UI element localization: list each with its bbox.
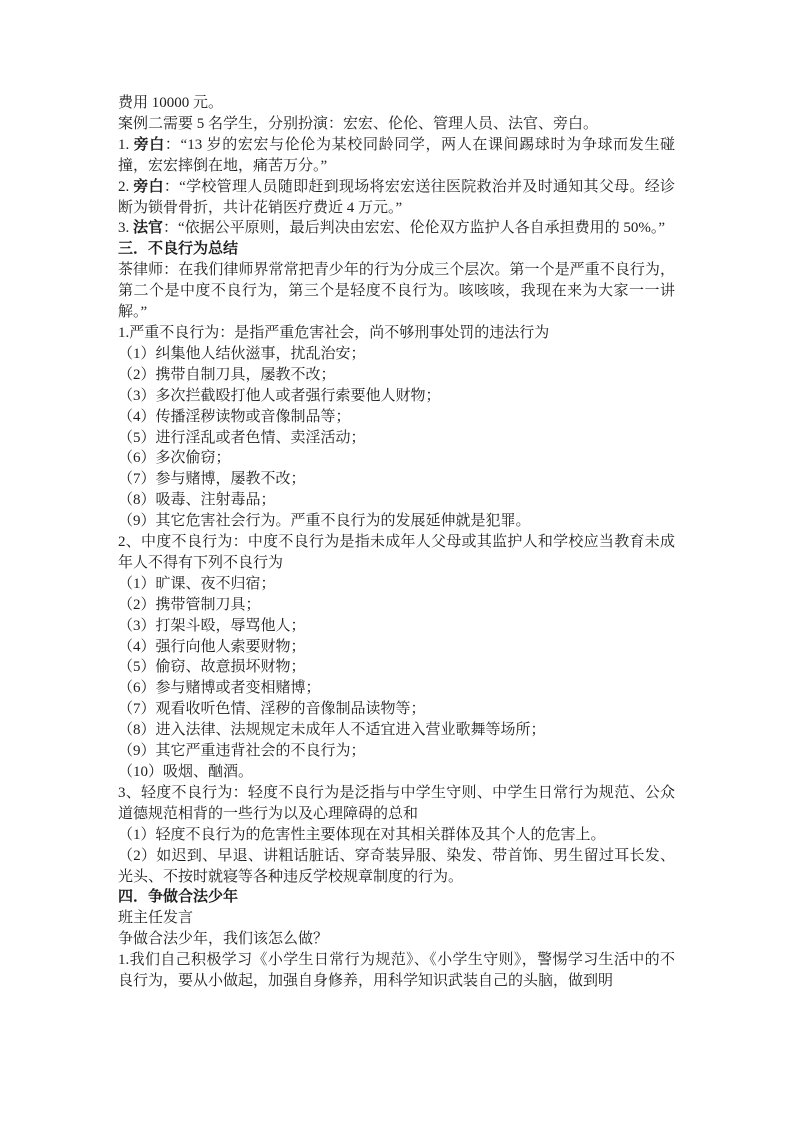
text-run: ：“13 岁的宏宏与伦伦为某校同龄同学，两人在课间踢球时为争球而发生碰撞，宏宏摔…	[118, 137, 675, 174]
text-run: （2）如迟到、早退、讲粗话脏话、穿奇装异服、染发、带首饰、男生留过耳长发、光头、…	[118, 848, 675, 885]
text-run: （1）旷课、夜不归宿；	[118, 576, 276, 592]
text-run: （5）进行淫乱或者色情、卖淫活动；	[118, 430, 366, 446]
heading-section-three: 三．不良行为总结	[118, 239, 675, 260]
moderate-item-1: （1）旷课、夜不归宿；	[118, 574, 675, 595]
moderate-item-5: （5）偷窃、故意损坏财物；	[118, 657, 675, 678]
para-mild-definition: 3、轻度不良行为：轻度不良行为是泛指与中学生守则、中学生日常行为规范、公众道德规…	[118, 783, 675, 825]
text-run: ：“依据公平原则，最后判决由宏宏、伦伦双方监护人各自承担费用的 50%。”	[163, 220, 665, 236]
moderate-item-7: （7）观看收听色情、淫秽的音像制品读物等；	[118, 699, 675, 720]
para-judge-verdict: 3. 法官：“依据公平原则，最后判决由宏宏、伦伦双方监护人各自承担费用的 50%…	[118, 218, 675, 239]
severe-item-6: （6）多次偷窃；	[118, 448, 675, 469]
severe-item-1: （1）纠集他人结伙滋事，扰乱治安；	[118, 344, 675, 365]
para-teacher-speech: 班主任发言	[118, 908, 675, 929]
moderate-item-8: （8）进入法律、法规规定未成年人不适宜进入营业歌舞等场所；	[118, 720, 675, 741]
text-run: （6）多次偷窃；	[118, 450, 231, 466]
mild-item-2: （2）如迟到、早退、讲粗话脏话、穿奇装异服、染发、带首饰、男生留过耳长发、光头、…	[118, 846, 675, 888]
bold-text-run: 旁白	[134, 136, 165, 153]
bold-text-run: 三．不良行为总结	[118, 240, 238, 257]
bold-text-run: 旁白	[133, 178, 164, 195]
para-case2-cast: 案例二需要 5 名学生，分别扮演：宏宏、伦伦、管理人员、法官、旁白。	[118, 114, 675, 135]
severe-item-4: （4）传播淫秽读物或音像制品等；	[118, 407, 675, 428]
text-run: （4）强行向他人索要财物；	[118, 639, 306, 655]
severe-item-2: （2）携带自制刀具，屡教不改；	[118, 365, 675, 386]
text-run: （1）纠集他人结伙滋事，扰乱治安；	[118, 346, 366, 362]
text-run: （2）携带自制刀具，屡教不改；	[118, 367, 336, 383]
text-run: （8）进入法律、法规规定未成年人不适宜进入营业歌舞等场所；	[118, 722, 546, 738]
severe-item-5: （5）进行淫乱或者色情、卖淫活动；	[118, 428, 675, 449]
text-run: 3.	[118, 220, 133, 236]
severe-item-8: （8）吸毒、注射毒品；	[118, 490, 675, 511]
text-run: （4）传播淫秽读物或音像制品等；	[118, 409, 351, 425]
text-run: （1）轻度不良行为的危害性主要体现在对其相关群体及其个人的危害上。	[118, 827, 606, 843]
para-narration-1: 1. 旁白：“13 岁的宏宏与伦伦为某校同龄同学，两人在课间踢球时为争球而发生碰…	[118, 135, 675, 177]
text-run: 2、中度不良行为：中度不良行为是指未成年人父母或其监护人和学校应当教育未成年人不…	[118, 534, 675, 571]
text-run: （10）吸烟、酗酒。	[118, 764, 253, 780]
text-run: 2.	[118, 179, 133, 195]
para-moderate-definition: 2、中度不良行为：中度不良行为是指未成年人父母或其监护人和学校应当教育未成年人不…	[118, 532, 675, 574]
moderate-item-4: （4）强行向他人索要财物；	[118, 637, 675, 658]
text-run: 茶律师：在我们律师界常常把青少年的行为分成三个层次。第一个是严重不良行为，第二个…	[118, 262, 675, 320]
text-run: 3、轻度不良行为：轻度不良行为是泛指与中学生守则、中学生日常行为规范、公众道德规…	[118, 785, 675, 822]
moderate-item-10: （10）吸烟、酗酒。	[118, 762, 675, 783]
mild-item-1: （1）轻度不良行为的危害性主要体现在对其相关群体及其个人的危害上。	[118, 825, 675, 846]
text-run: （9）其它危害社会行为。严重不良行为的发展延伸就是犯罪。	[118, 513, 531, 529]
para-narration-2: 2. 旁白：“学校管理人员随即赶到现场将宏宏送往医院救治并及时通知其父母。经诊断…	[118, 177, 675, 219]
bold-text-run: 四．争做合法少年	[118, 888, 238, 905]
text-run: （2）携带管制刀具；	[118, 597, 261, 613]
severe-item-7: （7）参与赌博，屡教不改；	[118, 469, 675, 490]
text-run: （6）参与赌博或者变相赌博；	[118, 680, 321, 696]
text-run: （3）多次拦截殴打他人或者强行索要他人财物；	[118, 388, 441, 404]
document-page: 费用 10000 元。案例二需要 5 名学生，分别扮演：宏宏、伦伦、管理人员、法…	[0, 0, 793, 1122]
moderate-item-3: （3）打架斗殴，辱骂他人；	[118, 616, 675, 637]
text-run: 争做合法少年，我们该怎么做？	[118, 931, 328, 947]
moderate-item-9: （9）其它严重违背社会的不良行为；	[118, 741, 675, 762]
heading-section-four: 四．争做合法少年	[118, 887, 675, 908]
text-run: ：“学校管理人员随即赶到现场将宏宏送往医院救治并及时通知其父母。经诊断为锁骨骨折…	[118, 179, 675, 216]
text-run: 班主任发言	[118, 910, 193, 926]
text-run: （5）偷窃、故意损坏财物；	[118, 659, 306, 675]
text-run: （7）参与赌博，屡教不改；	[118, 471, 306, 487]
para-severe-definition: 1.严重不良行为：是指严重危害社会，尚不够刑事处罚的违法行为	[118, 323, 675, 344]
text-run: 费用 10000 元。	[118, 95, 223, 111]
severe-item-3: （3）多次拦截殴打他人或者强行索要他人财物；	[118, 386, 675, 407]
para-question: 争做合法少年，我们该怎么做？	[118, 929, 675, 950]
document-body: 费用 10000 元。案例二需要 5 名学生，分别扮演：宏宏、伦伦、管理人员、法…	[118, 93, 675, 992]
para-lawyer-intro: 茶律师：在我们律师界常常把青少年的行为分成三个层次。第一个是严重不良行为，第二个…	[118, 260, 675, 323]
para-medical-fee: 费用 10000 元。	[118, 93, 675, 114]
severe-item-9: （9）其它危害社会行为。严重不良行为的发展延伸就是犯罪。	[118, 511, 675, 532]
text-run: 1.	[118, 137, 134, 153]
text-run: 案例二需要 5 名学生，分别扮演：宏宏、伦伦、管理人员、法官、旁白。	[118, 116, 598, 132]
bold-text-run: 法官	[133, 219, 163, 236]
text-run: 1.我们自己积极学习《小学生日常行为规范》、《小学生守则》，警惕学习生活中的不良…	[118, 952, 675, 989]
moderate-item-2: （2）携带管制刀具；	[118, 595, 675, 616]
text-run: （8）吸毒、注射毒品；	[118, 492, 276, 508]
moderate-item-6: （6）参与赌博或者变相赌博；	[118, 678, 675, 699]
text-run: （3）打架斗殴，辱骂他人；	[118, 618, 306, 634]
text-run: （7）观看收听色情、淫秽的音像制品读物等；	[118, 701, 426, 717]
text-run: 1.严重不良行为：是指严重危害社会，尚不够刑事处罚的违法行为	[118, 325, 549, 341]
text-run: （9）其它严重违背社会的不良行为；	[118, 743, 366, 759]
para-action-1: 1.我们自己积极学习《小学生日常行为规范》、《小学生守则》，警惕学习生活中的不良…	[118, 950, 675, 992]
